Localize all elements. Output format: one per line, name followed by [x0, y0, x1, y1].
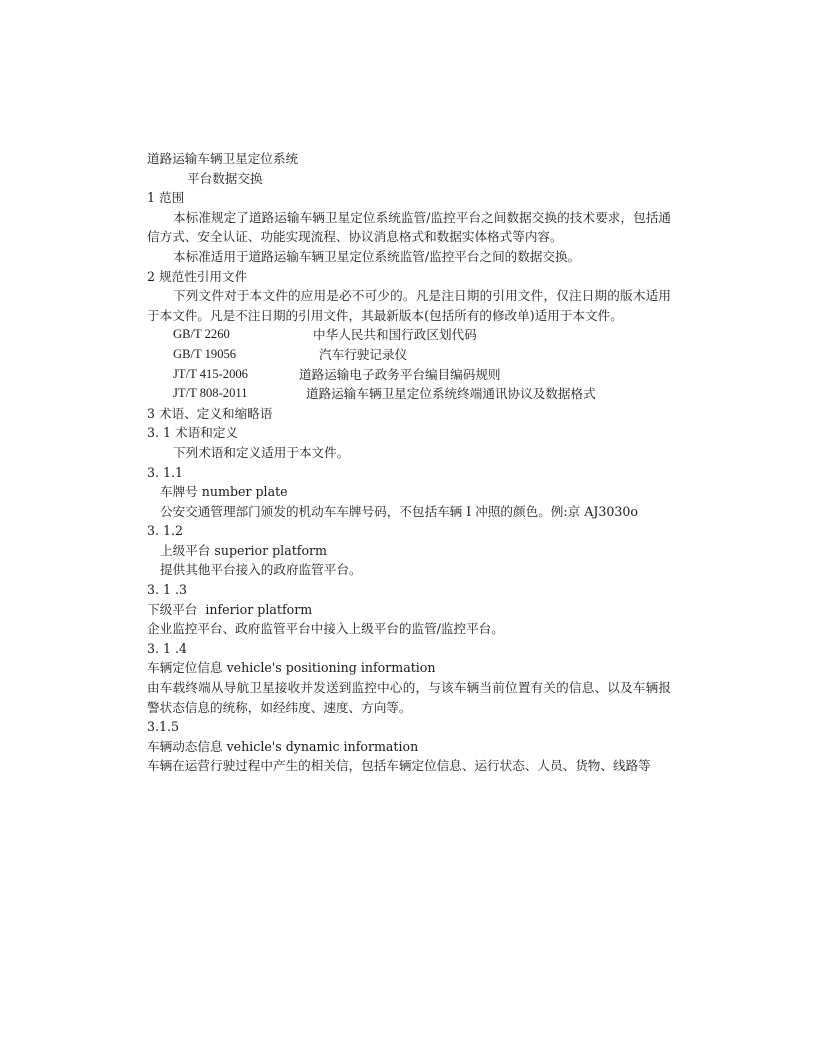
- reference-code: JT/T 415-2006: [173, 365, 299, 385]
- term-number: 3. 1.2: [147, 521, 671, 541]
- reference-item: GB/T 19056 汽车行驶记录仪: [147, 345, 671, 365]
- term-definition: 公安交通管理部门颁发的机动车车牌号码，不包括车辆 I 冲照的颜色。例:京 AJ3…: [147, 502, 671, 522]
- term-number: 3. 1 .3: [147, 580, 671, 600]
- doc-title-line1: 道路运输车辆卫星定位系统: [147, 149, 671, 169]
- section1-heading: 1 范围: [147, 188, 671, 208]
- term-definition: 提供其他平台接入的政府监管平台。: [147, 560, 671, 580]
- reference-title: 道路运输电子政务平台编目编码规则: [299, 365, 501, 385]
- section3-1-paragraph: 下列术语和定义适用于本文件。: [147, 443, 671, 463]
- term-number: 3.1.5: [147, 717, 671, 737]
- reference-title: 汽车行驶记录仪: [319, 345, 407, 365]
- term-definition: 企业监控平台、政府监管平台中接入上级平台的监管/监控平台。: [147, 619, 671, 639]
- reference-item: JT/T 415-2006 道路运输电子政务平台编目编码规则: [147, 365, 671, 385]
- term-name: 下级平台 inferior platform: [147, 600, 671, 620]
- term-definition: 由车载终端从导航卫星接收并发送到监控中心的，与该车辆当前位置有关的信息、以及车辆…: [147, 678, 671, 717]
- term-definition: 车辆在运营行驶过程中产生的相关信，包括车辆定位信息、运行状态、人员、货物、线路等: [147, 756, 671, 776]
- term-number: 3. 1 .4: [147, 639, 671, 659]
- section3-heading: 3 术语、定义和缩略语: [147, 404, 671, 424]
- section3-1-heading: 3. 1 术语和定义: [147, 423, 671, 443]
- term-number: 3. 1.1: [147, 463, 671, 483]
- term-name: 车牌号 number plate: [147, 482, 671, 502]
- reference-title: 道路运输车辆卫星定位系统终端通讯协议及数据格式: [306, 384, 596, 404]
- doc-title-line2: 平台数据交换: [147, 169, 671, 189]
- reference-code: JT/T 808-2011: [173, 384, 306, 404]
- section1-paragraph1: 本标准规定了道路运输车辆卫星定位系统监管/监控平台之间数据交换的技术要求，包括通…: [147, 208, 671, 247]
- document-page: 道路运输车辆卫星定位系统 平台数据交换 1 范围 本标准规定了道路运输车辆卫星定…: [147, 149, 671, 776]
- reference-code: GB/T 2260: [173, 325, 313, 345]
- reference-title: 中华人民共和国行政区划代码: [313, 325, 477, 345]
- section2-paragraph1: 下列文件对于本文件的应用是必不可少的。凡是注日期的引用文件，仅注日期的版木适用于…: [147, 286, 671, 325]
- term-name: 车辆定位信息 vehicle's positioning information: [147, 658, 671, 678]
- term-name: 车辆动态信息 vehicle's dynamic information: [147, 737, 671, 757]
- reference-item: JT/T 808-2011 道路运输车辆卫星定位系统终端通讯协议及数据格式: [147, 384, 671, 404]
- section1-paragraph2: 本标准适用于道路运输车辆卫星定位系统监管/监控平台之间的数据交换。: [147, 247, 671, 267]
- section2-heading: 2 规范性引用文件: [147, 267, 671, 287]
- reference-item: GB/T 2260 中华人民共和国行政区划代码: [147, 325, 671, 345]
- reference-code: GB/T 19056: [173, 345, 319, 365]
- term-name: 上级平台 superior platform: [147, 541, 671, 561]
